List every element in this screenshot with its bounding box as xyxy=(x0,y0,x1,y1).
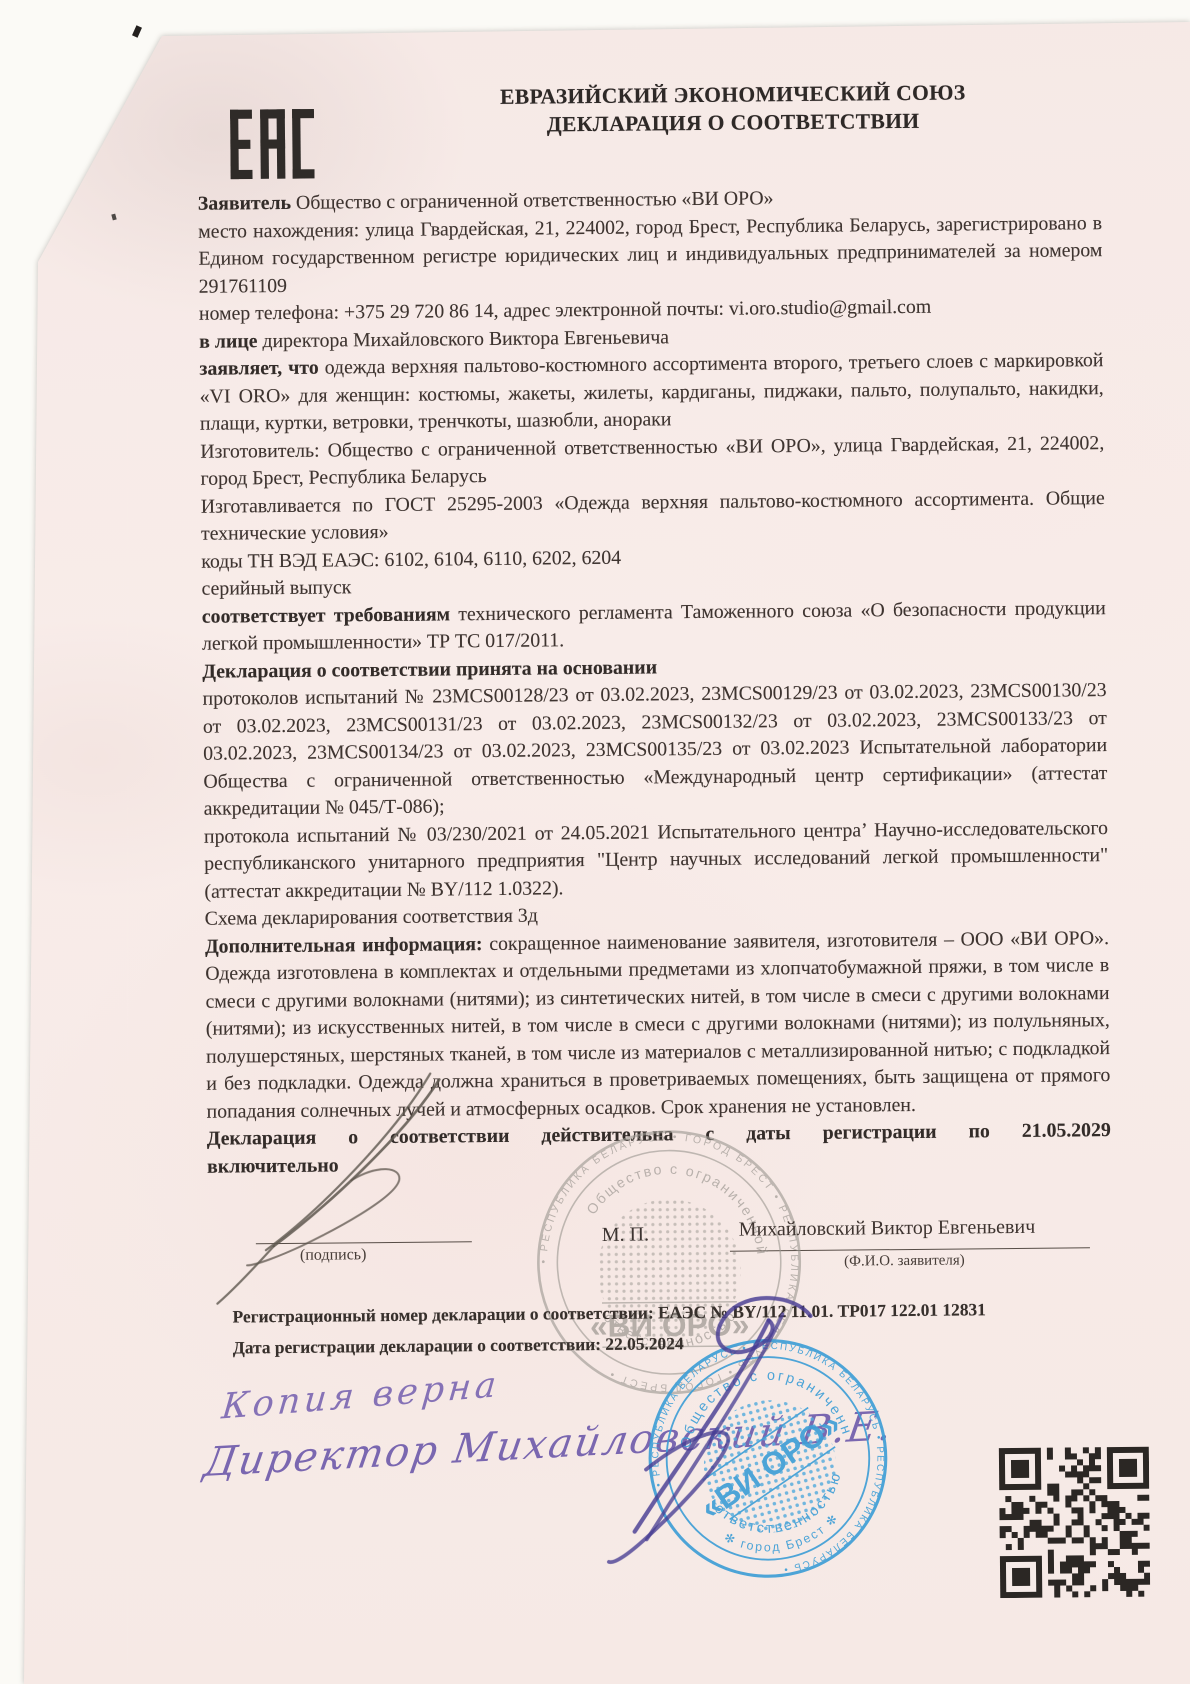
para-additional-info: Дополнительная информация: сокращенное н… xyxy=(205,925,1111,1126)
para-complies: соответствует требованиям технического р… xyxy=(202,595,1106,659)
blue-stamp-arc-bottom: ответственностью xyxy=(708,1466,856,1552)
para-manufacturer: Изготовитель: Общество с ограниченной от… xyxy=(200,430,1104,494)
signature-line-left xyxy=(256,1241,472,1244)
blue-stamp-city-text: ✻ город Брест ✻ xyxy=(719,1502,846,1568)
para-address: место нахождения: улица Гвардейская, 21,… xyxy=(198,210,1103,301)
signature-line-right xyxy=(730,1247,1090,1251)
para-test-reports-2: протокола испытаний № 03/230/2021 от 24.… xyxy=(204,815,1109,906)
declaration-body: Заявитель Общество с ограниченной ответс… xyxy=(198,182,1111,1181)
document-title: ЕВРАЗИЙСКИЙ ЭКОНОМИЧЕСКИЙ СОЮЗ ДЕКЛАРАЦИ… xyxy=(373,77,1094,140)
title-line-declaration: ДЕКЛАРАЦИЯ О СООТВЕТСТВИИ xyxy=(373,105,1093,140)
para-validity: Декларация о соответствии действительна … xyxy=(207,1117,1111,1181)
svg-text:✻ город Брест ✻: ✻ город Брест ✻ xyxy=(719,1502,846,1568)
para-declares: заявляет, что одежда верхняя пальтово-ко… xyxy=(199,347,1104,438)
eac-logo: EAC xyxy=(230,106,315,188)
handwritten-copy-note: Копия верна xyxy=(220,1365,502,1428)
para-test-reports-1: протоколов испытаний № 23MCS00128/23 от … xyxy=(203,677,1108,823)
para-gost: Изготавливается по ГОСТ 25295-2003 «Одеж… xyxy=(201,485,1105,549)
svg-text:ответственностью: ответственностью xyxy=(708,1466,856,1552)
podpis-label: (подпись) xyxy=(300,1246,367,1265)
qr-code xyxy=(999,1447,1150,1598)
fio-label: (Ф.И.О. заявителя) xyxy=(844,1252,965,1270)
registration-block: Регистрационный номер декларации о соотв… xyxy=(232,1293,1133,1364)
document-content: EAC ЕВРАЗИЙСКИЙ ЭКОНОМИЧЕСКИЙ СОЮЗ ДЕКЛА… xyxy=(0,0,1190,1684)
scanned-declaration-page: EAC ЕВРАЗИЙСКИЙ ЭКОНОМИЧЕСКИЙ СОЮЗ ДЕКЛА… xyxy=(0,0,1190,1684)
eac-mark-icon xyxy=(230,106,315,183)
applicant-fio: Михайловский Виктор Евгеньевич xyxy=(739,1215,1099,1241)
mp-label: М. П. xyxy=(602,1224,649,1247)
